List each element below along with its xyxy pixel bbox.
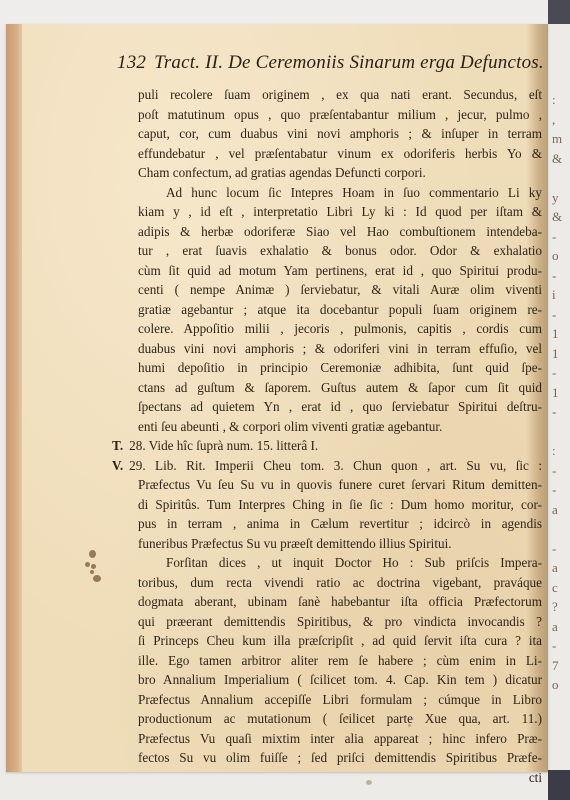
paragraph-marker-v: V.	[112, 458, 123, 473]
scan-background-corner	[548, 0, 570, 24]
text-line: Præfectus Vu ſeu Su vu in quovis funere …	[138, 475, 542, 495]
ink-stain	[93, 575, 101, 582]
text-line: effundebatur , vel præſentabatur vinum e…	[138, 144, 542, 164]
text-line: puli recolere ſuam originem , ex qua nat…	[138, 85, 542, 105]
running-head-title: Tract. II. De Ceremoniis Sinarum erga De…	[154, 52, 544, 73]
text-line: funeribus Præfectus Su vu præeſt demitte…	[138, 534, 542, 554]
paragraph-v: V.29. Lib. Rit. Imperii Cheu tom. 3. Chu…	[112, 456, 542, 476]
ink-stain	[85, 562, 90, 567]
scan-background-corner-bottom	[548, 770, 570, 800]
text-line: kiam y , id eſt , interpretatio Libri Ly…	[138, 202, 542, 222]
text-line: Præfectus Annalium accepiſſe Libri formu…	[138, 690, 542, 710]
text-line: di Spiritûs. Tum Interpres Ching in ſie …	[138, 495, 542, 515]
text-line: Ad hunc locum ſic Intepres Hoam in ſuo c…	[138, 183, 542, 203]
catchword: cti	[138, 768, 542, 788]
text-line: toribus, dum recta vivendi ratio ac doct…	[138, 573, 542, 593]
text-line: bro Annalium Imperialium ( ſcilicet tom.…	[138, 670, 542, 690]
ink-stain	[89, 550, 96, 558]
text-line: gratiæ agebantur ; atque ita docebantur …	[138, 300, 542, 320]
text-line: dogmata aberant, ubinam ſanè habebantur …	[138, 592, 542, 612]
ink-stain	[91, 564, 96, 569]
text-line: tur , erat ſuavis exhalatio & bonus odor…	[138, 241, 542, 261]
text-line: Cham confectum, ad gratias agendas Defun…	[138, 163, 542, 183]
text-line: centi ( nempe Animæ ) ſerviebatur, & vit…	[138, 280, 542, 300]
text-line: ſi Princeps Cheu kum illa præſcripſit , …	[138, 631, 542, 651]
scan-background-top	[0, 0, 570, 24]
text-line: fectos Su vu olim fuiſſe ; ſed priſci de…	[138, 748, 542, 768]
text-line: poſt matutinum opus , quo præſentabantur…	[138, 105, 542, 125]
text-line: ctans ad guſtum & ſaporem. Guſtus autem …	[138, 378, 542, 398]
page-edge	[6, 24, 22, 772]
running-head: 132Tract. II. De Ceremoniis Sinarum erga…	[117, 52, 557, 74]
page-number: 132	[117, 52, 146, 73]
ink-stain	[90, 570, 94, 574]
text-line: ſpectans ad quietem Yn , erat id , quo ſ…	[138, 397, 542, 417]
text-line: 29. Lib. Rit. Imperii Cheu tom. 3. Chun …	[129, 458, 542, 473]
text-line: adipis & herbæ odoriferæ Siao vel Hao co…	[138, 222, 542, 242]
text-line: duabus vini novi amphoris ; & odoriferi …	[138, 339, 542, 359]
text-line: productionum ac mutationum ( ſcilicet pa…	[138, 709, 542, 729]
paragraph-t: T.28. Vide hîc ſuprà num. 15. litterâ I.	[112, 436, 542, 456]
paragraph-marker-t: T.	[112, 438, 123, 453]
text-line: cùm ſit quid ad motum Yam pertinens, era…	[138, 261, 542, 281]
text-line: humi depoſitio in principio Ceremoniæ ad…	[138, 358, 542, 378]
text-line: 28. Vide hîc ſuprà num. 15. litterâ I.	[129, 438, 318, 453]
text-line: caput, cor, cum duabus vini novi amphori…	[138, 124, 542, 144]
text-line: Forſitan dices , ut inquit Doctor Ho : S…	[138, 553, 542, 573]
text-line: qui præerant demittendis Spiritibus, & p…	[138, 612, 542, 632]
text-line: Præfectus Vu quaſi mixtim inter alia app…	[138, 729, 542, 749]
text-line: pus in terram , anima in Cælum revertitu…	[138, 514, 542, 534]
text-line: ille. Ego tamen arbitror aliter rem ſe h…	[138, 651, 542, 671]
text-line: colere. Appoſitio milii , jecoris , pulm…	[138, 319, 542, 339]
text-line: enti ſeu abeunti , & corpori olim vivent…	[138, 417, 542, 437]
facing-page-bleed-through: : , m & y & - o - i - 1 1 - 1 - : - - a …	[552, 90, 570, 700]
body-text: puli recolere ſuam originem , ex qua nat…	[138, 85, 542, 787]
